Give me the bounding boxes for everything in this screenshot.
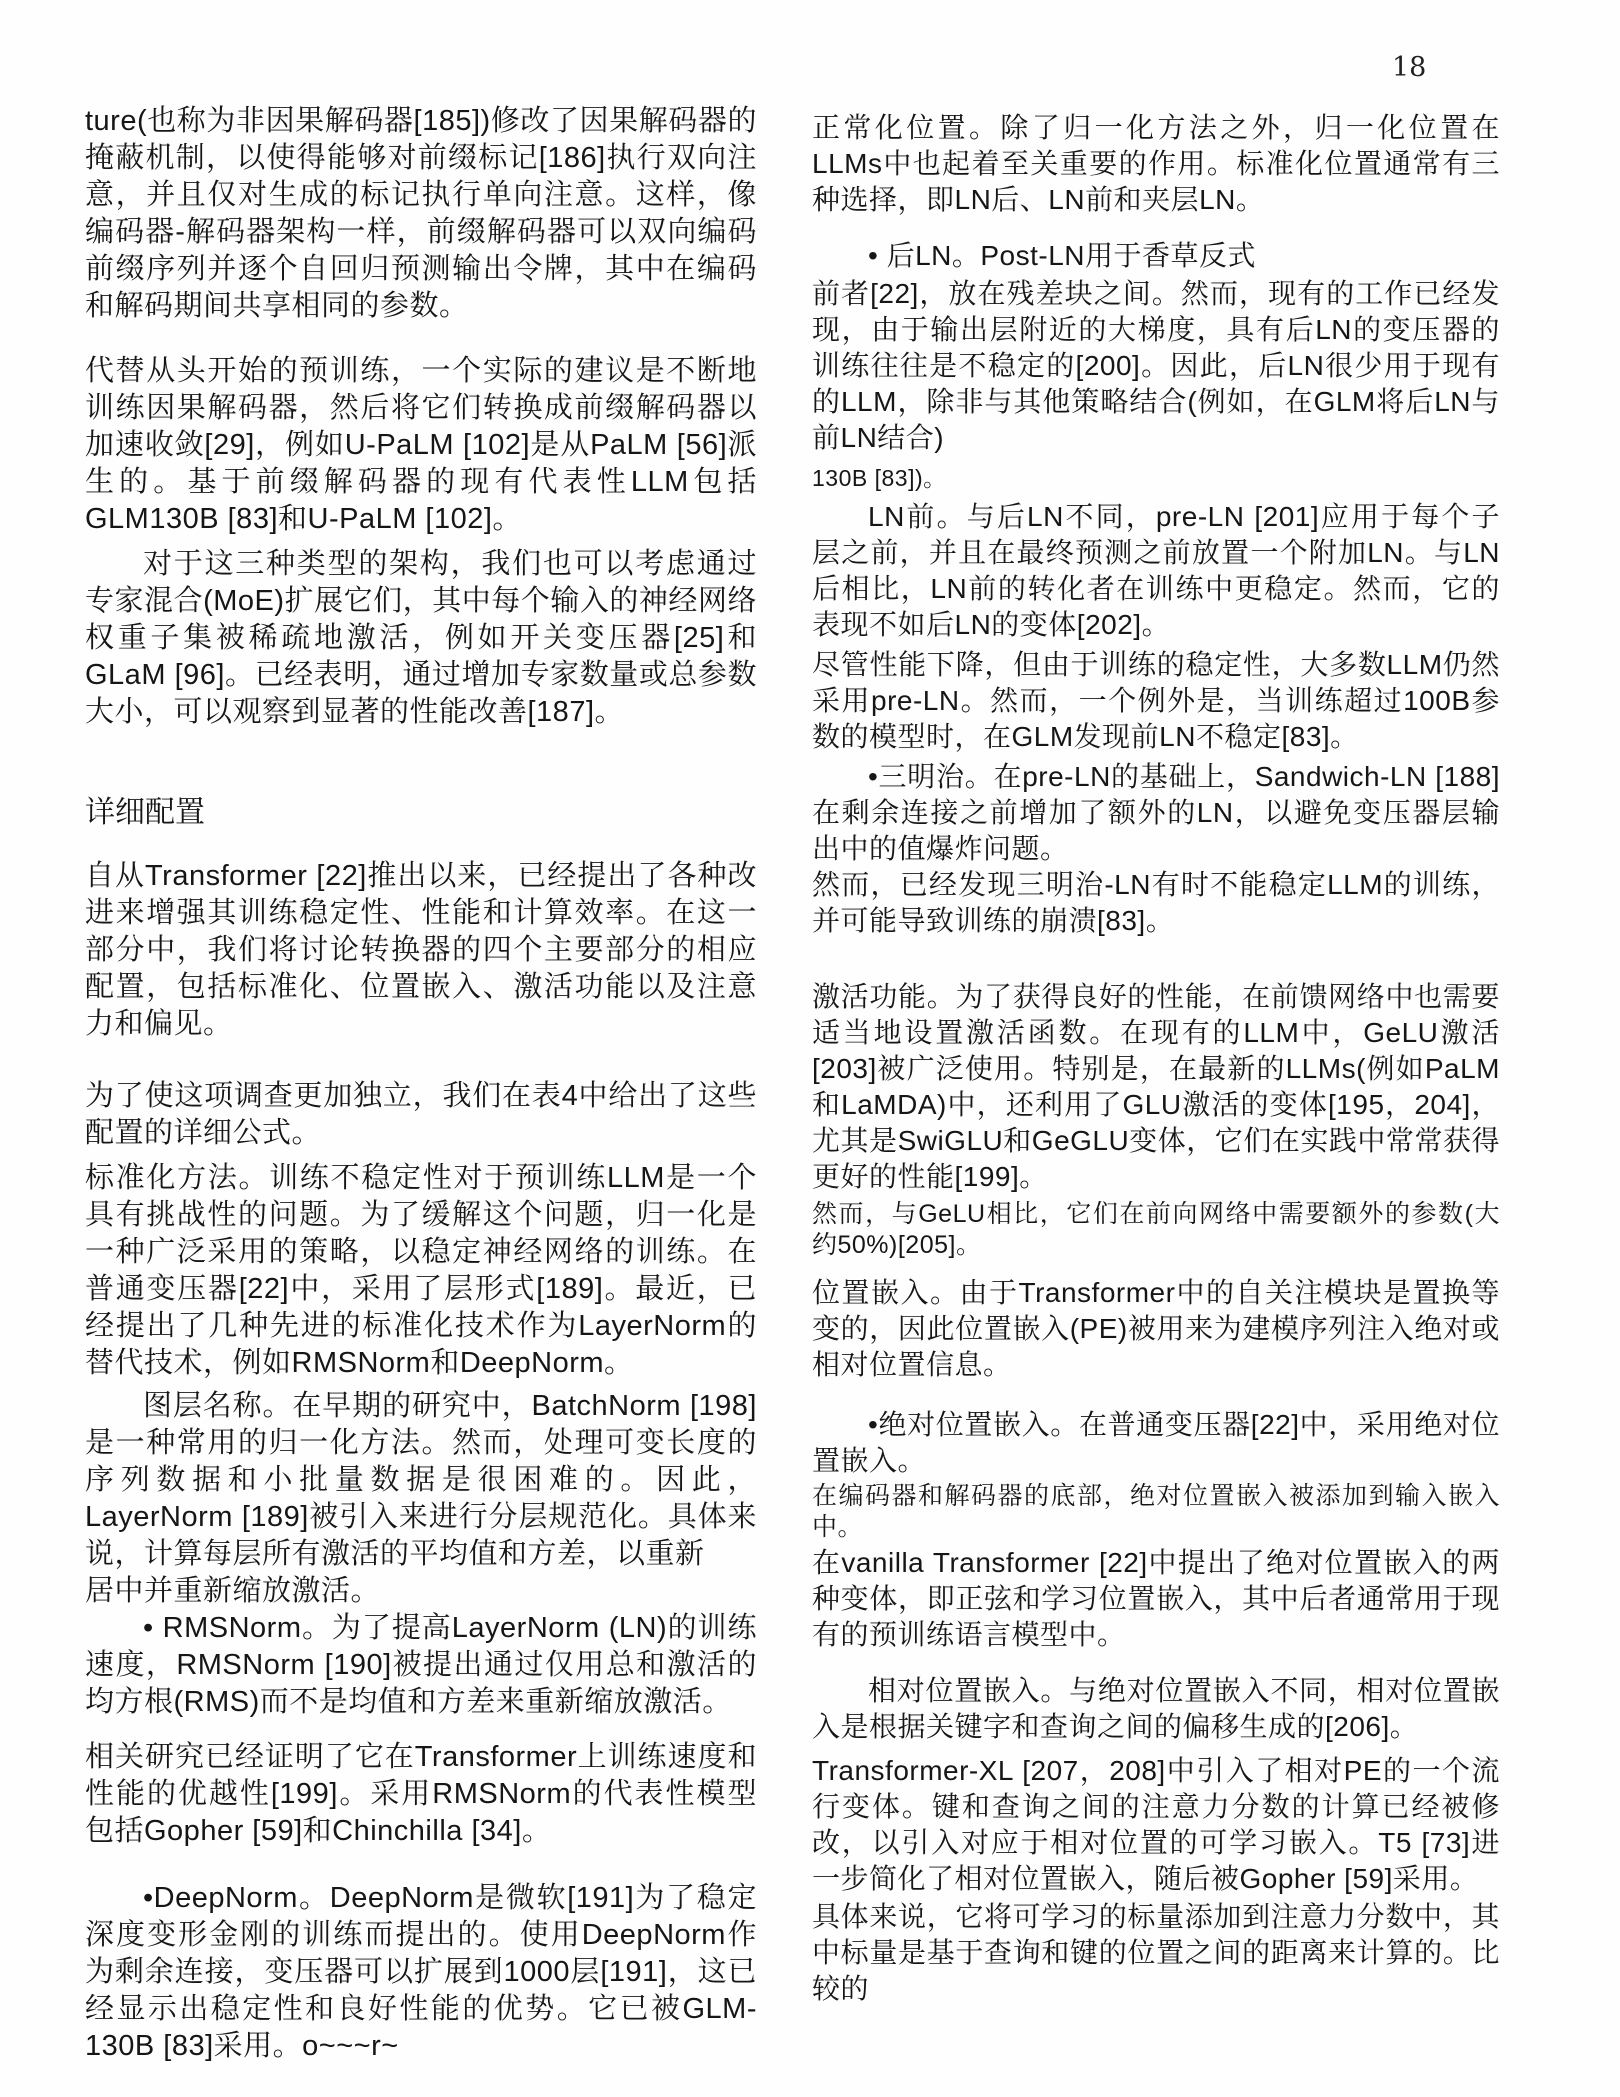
paragraph: LN前。与后LN不同，pre-LN [201]应用于每个子层之前，并且在最终预测… [812, 499, 1500, 643]
bullet-paragraph: •三明治。在pre-LN的基础上，Sandwich-LN [188]在剩余连接之… [812, 759, 1500, 867]
left-column: ture(也称为非因果解码器[185])修改了因果解码器的掩蔽机制，以使得能够对… [85, 0, 757, 2065]
paragraph: 为了使这项调查更加独立，我们在表4中给出了这些配置的详细公式。 [85, 1078, 757, 1152]
paragraph: 相关研究已经证明了它在Transformer上训练速度和性能的优越性[199]。… [85, 1739, 757, 1850]
paragraph: Transformer-XL [207，208]中引入了相对PE的一个流行变体。… [812, 1753, 1500, 1897]
bullet-paragraph: •DeepNorm。DeepNorm是微软[191]为了稳定深度变形金刚的训练而… [85, 1880, 757, 2065]
section-heading: 详细配置 [85, 793, 757, 833]
paragraph: 尽管性能下降，但由于训练的稳定性，大多数LLM仍然采用pre-LN。然而，一个例… [812, 647, 1500, 755]
document-page: 18 ture(也称为非因果解码器[185])修改了因果解码器的掩蔽机制，以使得… [0, 0, 1620, 2097]
paragraph: 前者[22]，放在残差块之间。然而，现有的工作已经发现，由于输出层附近的大梯度，… [812, 276, 1500, 456]
paragraph: 正常化位置。除了归一化方法之外，归一化位置在LLMs中也起着至关重要的作用。标准… [812, 110, 1500, 218]
right-column: 正常化位置。除了归一化方法之外，归一化位置在LLMs中也起着至关重要的作用。标准… [812, 0, 1500, 2007]
paragraph: 相对位置嵌入。与绝对位置嵌入不同，相对位置嵌入是根据关键字和查询之间的偏移生成的… [812, 1673, 1500, 1745]
paragraph: 对于这三种类型的架构，我们也可以考虑通过专家混合(MoE)扩展它们，其中每个输入… [85, 546, 757, 731]
paragraph: 标准化方法。训练不稳定性对于预训练LLM是一个具有挑战性的问题。为了缓解这个问题… [85, 1160, 757, 1382]
bullet-paragraph: •绝对位置嵌入。在普通变压器[22]中，采用绝对位置嵌入。 [812, 1407, 1500, 1479]
paragraph: 图层名称。在早期的研究中，BatchNorm [198]是一种常用的归一化方法。… [85, 1388, 757, 1573]
paragraph: 位置嵌入。由于Transformer中的自关注模块是置换等变的，因此位置嵌入(P… [812, 1275, 1500, 1383]
bullet-paragraph: • 后LN。Post-LN用于香草反式 [812, 238, 1500, 274]
paragraph: 代替从头开始的预训练，一个实际的建议是不断地训练因果解码器，然后将它们转换成前缀… [85, 353, 757, 538]
paragraph: 具体来说，它将可学习的标量添加到注意力分数中，其中标量是基于查询和键的位置之间的… [812, 1899, 1500, 2007]
paragraph: 130B [83])。 [812, 464, 1500, 493]
paragraph: 然而，与GeLU相比，它们在前向网络中需要额外的参数(大约50%)[205]。 [812, 1199, 1500, 1261]
bullet-paragraph: • RMSNorm。为了提高LayerNorm (LN)的训练速度，RMSNor… [85, 1610, 757, 1721]
paragraph: 激活功能。为了获得良好的性能，在前馈网络中也需要适当地设置激活函数。在现有的LL… [812, 979, 1500, 1195]
paragraph: 在vanilla Transformer [22]中提出了绝对位置嵌入的两种变体… [812, 1545, 1500, 1653]
paragraph: 然而，已经发现三明治-LN有时不能稳定LLM的训练，并可能导致训练的崩溃[83]… [812, 867, 1500, 939]
paragraph: ture(也称为非因果解码器[185])修改了因果解码器的掩蔽机制，以使得能够对… [85, 103, 757, 325]
paragraph: 居中并重新缩放激活。 [85, 1573, 757, 1610]
paragraph: 自从Transformer [22]推出以来，已经提出了各种改进来增强其训练稳定… [85, 858, 757, 1043]
paragraph: 在编码器和解码器的底部，绝对位置嵌入被添加到输入嵌入中。 [812, 1481, 1500, 1543]
